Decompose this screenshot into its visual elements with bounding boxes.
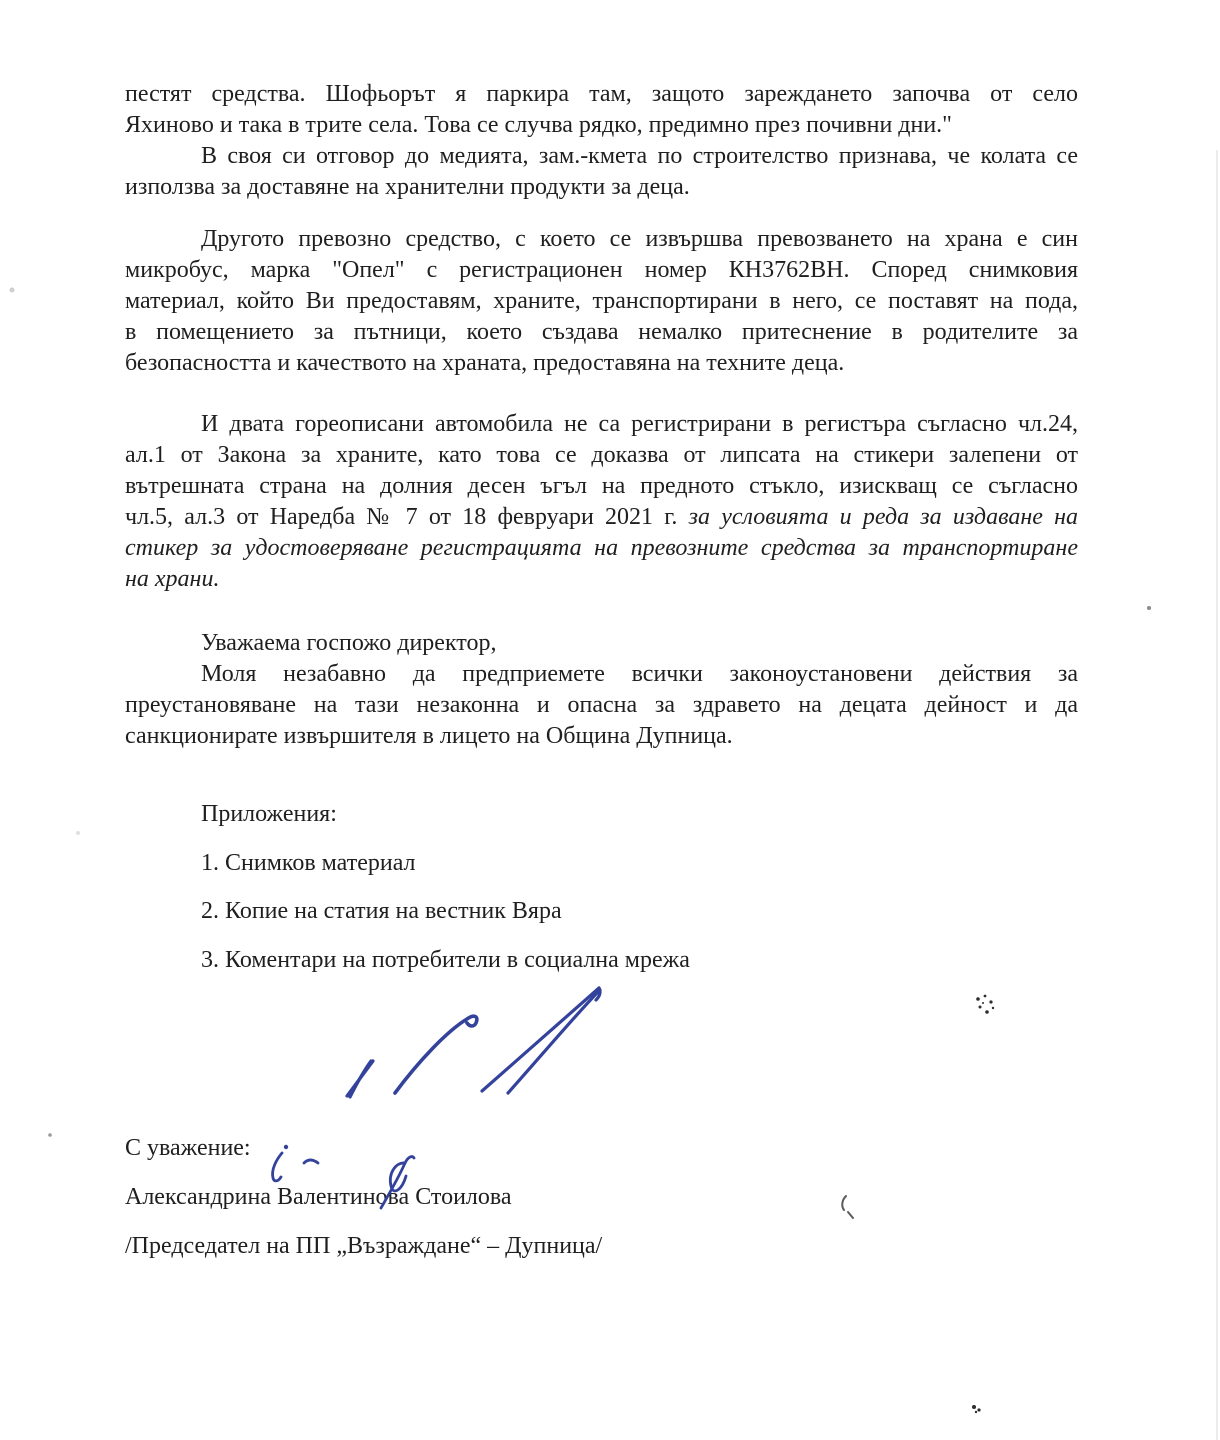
attachment-item: 3. Коментари на потребители в социална м… bbox=[125, 945, 1078, 976]
signer-name: Александрина Валентинова Стоилова bbox=[125, 1182, 1078, 1213]
list-item: 3. Коментари на потребители в социална м… bbox=[125, 945, 1078, 976]
list-item: 2. Копие на статия на вестник Вяра bbox=[125, 896, 1078, 927]
paragraph-group-intro: пестят средства. Шофьорът я паркира там,… bbox=[125, 79, 1078, 203]
scanned-letter-page: пестят средства. Шофьорът я паркира там,… bbox=[0, 0, 1220, 1440]
text-segment: чл.5, ал.3 от Наредба № 7 от 18 февруари… bbox=[125, 504, 689, 530]
text-line: санкционирате извършителя в лицето на Об… bbox=[125, 721, 1078, 752]
closing-salutation-line: С уважение: bbox=[125, 1133, 1078, 1164]
signer-title: /Председател на ПП „Възраждане“ – Дупниц… bbox=[125, 1231, 1078, 1262]
text-line: Другото превозно средство, с което се из… bbox=[125, 224, 1078, 255]
text-line: пестят средства. Шофьорът я паркира там,… bbox=[125, 79, 1078, 110]
list-item: 1. Снимков материал bbox=[125, 848, 1078, 879]
text-line: чл.5, ал.3 от Наредба № 7 от 18 февруари… bbox=[125, 502, 1078, 533]
attachment-item: 2. Копие на статия на вестник Вяра bbox=[125, 896, 1078, 927]
text-line: материал, който Ви предоставям, храните,… bbox=[125, 286, 1078, 317]
text-line: Моля незабавно да предприемете всички за… bbox=[125, 659, 1078, 690]
text-line: използва за доставяне на хранителни прод… bbox=[125, 172, 1078, 203]
main-signature-stroke bbox=[347, 988, 600, 1097]
scan-speck-bottom bbox=[972, 1405, 981, 1413]
signer-name-line: Александрина Валентинова Стоилова bbox=[125, 1182, 1078, 1213]
text-line: стикер за удостоверяване регистрацията н… bbox=[125, 533, 1078, 564]
attachments-title: Приложения: bbox=[125, 799, 1078, 830]
text-line: вътрешната страна на долния десен ъгъл н… bbox=[125, 471, 1078, 502]
paragraph-vehicle: Другото превозно средство, с което се из… bbox=[125, 224, 1078, 379]
text-line: В своя си отговор до медията, зам.-кмета… bbox=[125, 141, 1078, 172]
text-line: Яхиново и така в трите села. Това се слу… bbox=[125, 110, 1078, 141]
signer-title-line: /Председател на ПП „Възраждане“ – Дупниц… bbox=[125, 1231, 1078, 1262]
text-line: безопасността и качеството на храната, п… bbox=[125, 348, 1078, 379]
salutation-line: Уважаема госпожо директор, bbox=[125, 628, 1078, 659]
text-segment-italic: за условията и реда за издаване на bbox=[689, 504, 1078, 530]
text-line: ал.1 от Закона за храните, като това се … bbox=[125, 440, 1078, 471]
text-line: микробус, марка "Опел" с регистрационен … bbox=[125, 255, 1078, 286]
text-line: преустановяване на тази незаконна и опас… bbox=[125, 690, 1078, 721]
attachments-title-line: Приложения: bbox=[125, 799, 1078, 830]
attachment-item: 1. Снимков материал bbox=[125, 848, 1078, 879]
text-line: И двата гореописани автомобила не са рег… bbox=[125, 409, 1078, 440]
scan-speck-cluster bbox=[976, 995, 994, 1014]
closing-salutation: С уважение: bbox=[125, 1133, 1078, 1164]
paragraph-registration: И двата гореописани автомобила не са рег… bbox=[125, 409, 1078, 595]
paragraph-appeal: Уважаема госпожо директор, Моля незабавн… bbox=[125, 628, 1078, 752]
text-line: в помещението за пътници, което създава … bbox=[125, 317, 1078, 348]
scan-edge-artifact bbox=[1216, 150, 1218, 1440]
text-line: на храни. bbox=[125, 564, 1078, 595]
